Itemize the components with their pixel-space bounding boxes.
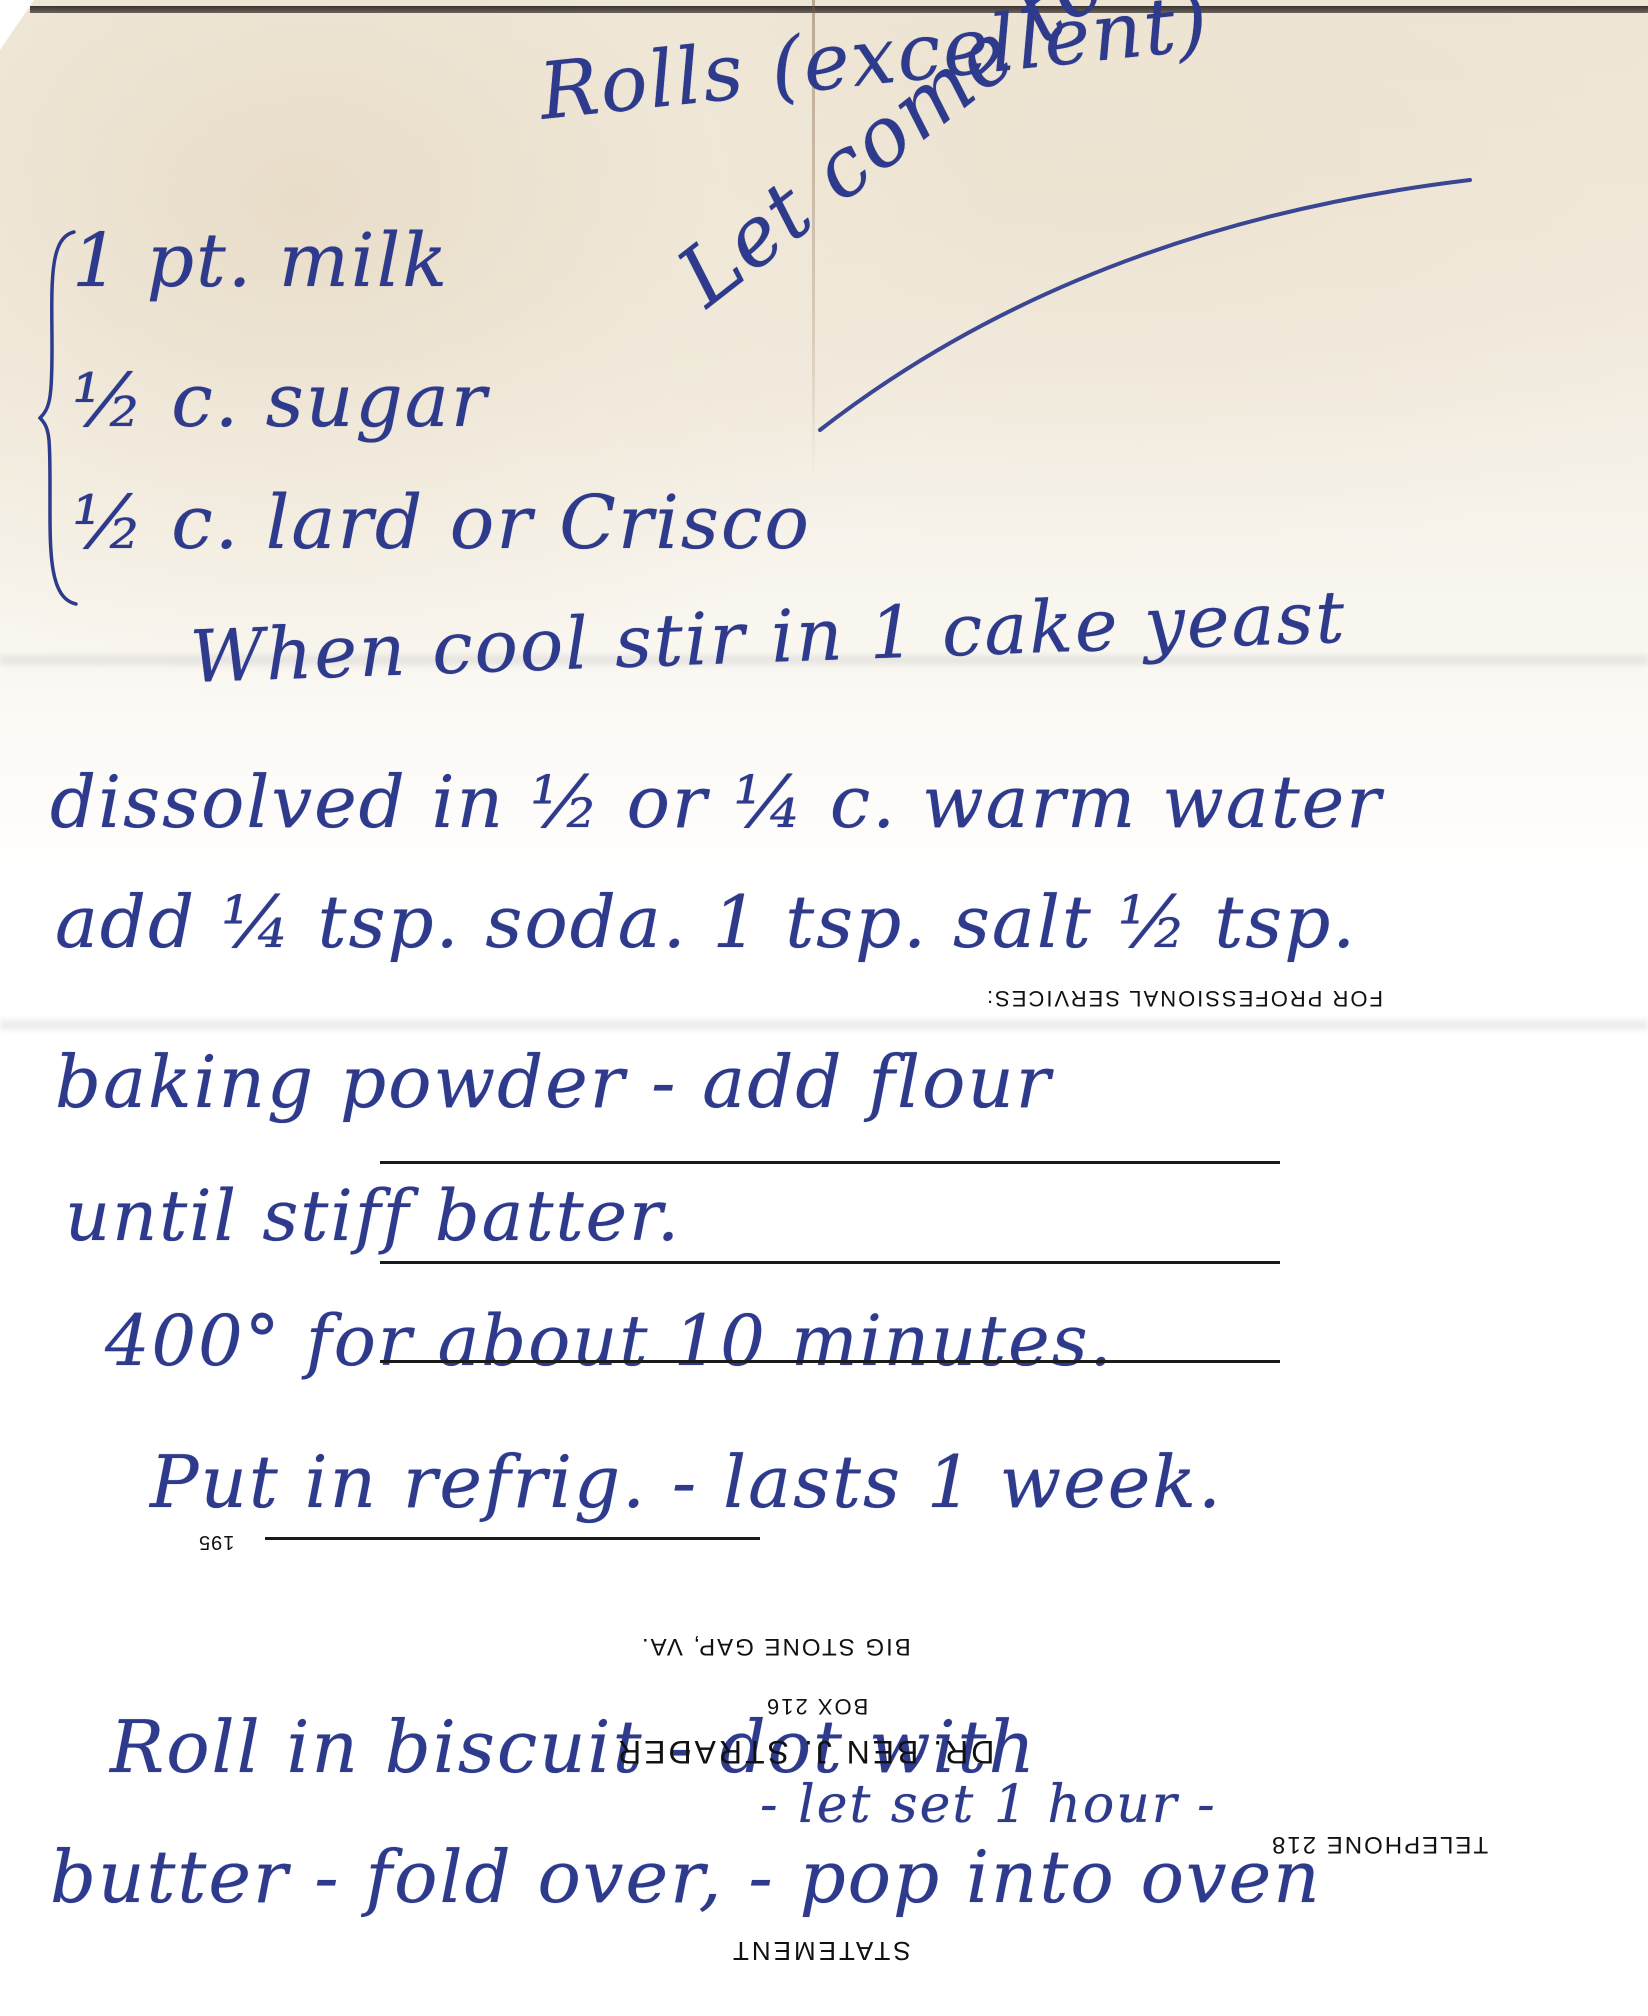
- ingredient-milk: 1 pt. milk: [72, 218, 449, 304]
- horizontal-crease: [0, 1020, 1648, 1030]
- form-rule: [380, 1161, 1280, 1164]
- date-prefix: 195: [198, 1530, 234, 1553]
- step-3: add ¼ tsp. soda. 1 tsp. salt ½ tsp.: [55, 880, 1357, 964]
- form-rule: [380, 1261, 1280, 1264]
- step-2: dissolved in ½ or ¼ c. warm water: [50, 760, 1383, 844]
- ingredient-sugar: ½ c. sugar: [72, 358, 488, 444]
- step-5: until stiff batter.: [65, 1175, 681, 1257]
- step-10: butter - fold over, - pop into oven: [50, 1835, 1322, 1919]
- city-label: BIG STONE GAP, VA.: [640, 1632, 911, 1660]
- services-label: FOR PROFESSIONAL SERVICES:: [985, 985, 1383, 1011]
- paper-top-edge: [30, 6, 1648, 13]
- step-6: 400° for about 10 minutes.: [105, 1300, 1114, 1382]
- box-label: BOX 216: [765, 1693, 868, 1719]
- doctor-name: DR. BEN J. STRADER: [615, 1733, 994, 1770]
- form-rule: [380, 1360, 1280, 1363]
- side-note-underline: [800, 170, 1480, 450]
- date-rule: [265, 1537, 760, 1540]
- statement-title: STATEMENT: [730, 1935, 911, 1966]
- telephone-label: TELEPHONE 218: [1270, 1830, 1488, 1858]
- ingredient-lard: ½ c. lard or Crisco: [72, 480, 811, 566]
- step-4: baking powder - add flour: [55, 1040, 1052, 1124]
- step-9: - let set 1 hour -: [760, 1775, 1217, 1835]
- step-7: Put in refrig. - lasts 1 week.: [150, 1440, 1223, 1524]
